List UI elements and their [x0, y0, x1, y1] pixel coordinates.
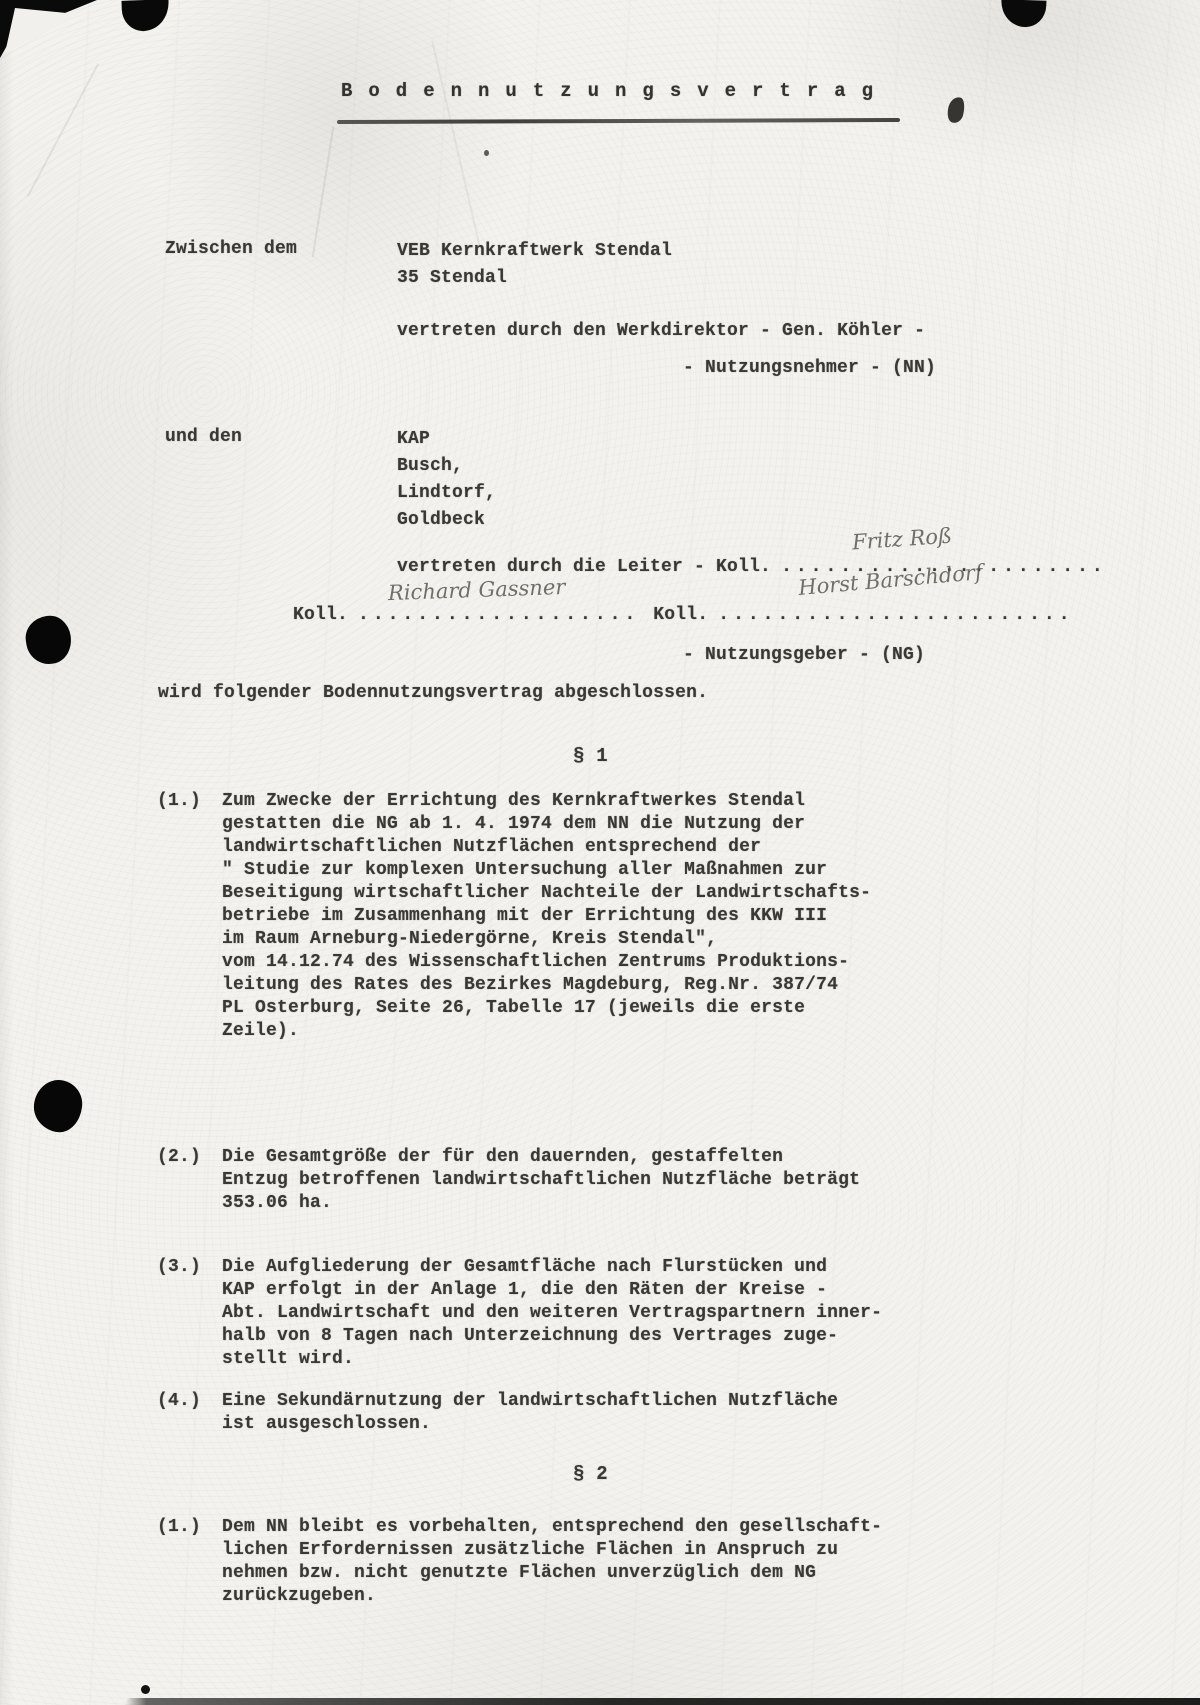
koll-label-1: Koll. — [293, 605, 348, 625]
torn-corner-fold — [2, 3, 86, 59]
paragraph-number: (4.) — [157, 1390, 201, 1413]
nn-designation: - Nutzungsnehmer - (NN) — [683, 357, 936, 380]
party-between-label: Zwischen dem — [165, 238, 297, 261]
paragraph-number: (1.) — [157, 1516, 201, 1539]
document-title: Bodennutzungsvertrag — [341, 80, 889, 103]
paragraph-text: Dem NN bleibt es vorbehalten, entspreche… — [222, 1516, 882, 1608]
section-2-heading: § 2 — [573, 1463, 608, 1486]
koll-label-2: Koll. — [653, 605, 708, 625]
intro-line: wird folgender Bodennutzungsvertrag abge… — [158, 682, 708, 705]
nn-representation-line: vertreten durch den Werkdirektor - Gen. … — [397, 320, 925, 343]
ink-dot-bottom — [141, 1685, 150, 1694]
handwritten-name-fritz-ross: Fritz Roß — [851, 524, 952, 555]
paper-crease — [27, 63, 99, 196]
paragraph-number: (3.) — [157, 1256, 201, 1279]
party-ng-name-lines: KAP Busch, Lindtorf, Goldbeck — [397, 426, 496, 534]
ng-representation-line: vertreten durch die Leiter - Koll.......… — [397, 556, 1107, 579]
paper-crease — [431, 40, 481, 247]
paragraph-number: (1.) — [157, 790, 201, 813]
ink-splotch — [945, 96, 966, 125]
signature-dots-3: ........................ — [718, 605, 1073, 625]
title-underline — [337, 118, 900, 124]
ink-blot-top — [121, 0, 169, 32]
koll-signature-line: Koll....................Koll............… — [293, 604, 1074, 627]
ink-blot-top-right — [1001, 0, 1047, 28]
paragraph-number: (2.) — [157, 1146, 201, 1169]
ink-blot-left-upper — [23, 613, 74, 667]
ink-blot-left-lower — [31, 1078, 84, 1135]
signature-dots-2: ................... — [358, 605, 639, 625]
party-nn-name-lines: VEB Kernkraftwerk Stendal 35 Stendal — [397, 238, 672, 292]
paper-crease — [312, 127, 335, 258]
paragraph-text: Zum Zwecke der Errichtung des Kernkraftw… — [222, 790, 871, 1043]
ng-designation: - Nutzungsgeber - (NG) — [683, 644, 925, 667]
paragraph-text: Die Gesamtgröße der für den dauernden, g… — [222, 1146, 860, 1215]
party-and-label: und den — [165, 426, 242, 449]
bottom-edge-shadow — [125, 1698, 1200, 1705]
ng-representation-text: vertreten durch die Leiter - Koll. — [397, 557, 771, 577]
ink-dot — [484, 150, 489, 156]
handwritten-name-richard-gassner: Richard Gassner — [388, 575, 566, 605]
paragraph-text: Die Aufgliederung der Gesamtfläche nach … — [222, 1256, 882, 1371]
paragraph-text: Eine Sekundärnutzung der landwirtschaftl… — [222, 1390, 838, 1436]
scanned-contract-page: Bodennutzungsvertrag Zwischen dem VEB Ke… — [0, 0, 1200, 1705]
section-1-heading: § 1 — [573, 745, 608, 768]
